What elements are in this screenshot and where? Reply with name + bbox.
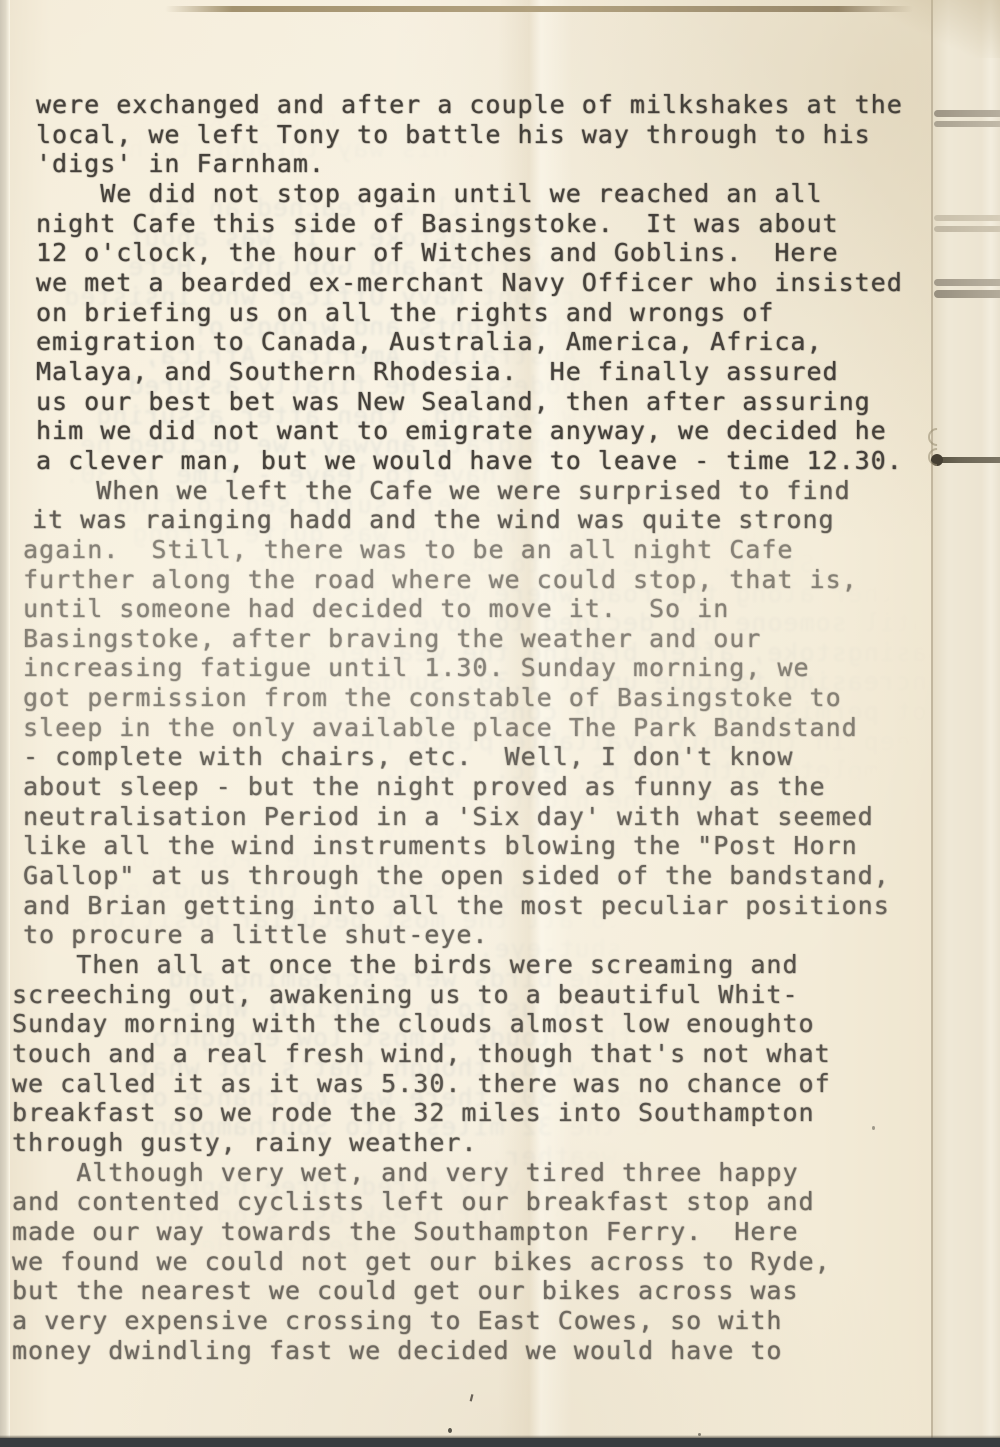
text-line-17: further along the road where we could st… [23,565,966,595]
text-line-2: local, we left Tony to battle his way th… [36,120,966,150]
text-line-24: about sleep - but the night proved as fu… [23,772,966,802]
text-line-33: touch and a real fresh wind, though that… [12,1039,966,1069]
text-line-37: Although very wet, and very tired three … [12,1158,966,1188]
text-line-39: made our way towards the Southampton Fer… [12,1217,966,1247]
text-line-41: but the nearest we could get our bikes a… [12,1276,966,1306]
text-line-29: to procure a little shut-eye. [23,920,966,950]
text-line-23: - complete with chairs, etc. Well, I don… [23,742,966,772]
text-line-38: and contented cyclists left our breakfas… [12,1187,966,1217]
text-line-40: we found we could not get our bikes acro… [12,1247,966,1277]
text-line-34: we called it as it was 5.30. there was n… [12,1069,966,1099]
text-line-36: through gusty, rainy weather. [12,1128,966,1158]
text-line-3: 'digs' in Farnham. [36,149,966,179]
text-line-31: screeching out, awakening us to a beauti… [12,980,966,1010]
text-line-25: neutralisation Period in a 'Six day' wit… [23,802,966,832]
scanned-page: were exchanged and after a couple of mil… [0,0,1000,1447]
page-stack-streak [934,215,1000,221]
text-line-15: it was rainging hadd and the wind was qu… [32,505,966,535]
text-line-30: Then all at once the birds were screamin… [12,950,966,980]
text-line-7: we met a bearded ex-merchant Navy Office… [36,268,966,298]
text-line-43: money dwindling fast we decided we would… [12,1336,966,1366]
scan-left-edge [0,0,10,1447]
text-line-16: again. Still, there was to be an all nig… [23,535,966,565]
text-line-6: 12 o'clock, the hour of Witches and Gobl… [36,238,966,268]
text-line-20: increasing fatigue until 1.30. Sunday mo… [23,653,966,683]
text-line-21: got permission from the constable of Bas… [23,683,966,713]
text-line-26: like all the wind instruments blowing th… [23,831,966,861]
text-line-5: night Cafe this side of Basingstoke. It … [36,209,966,239]
text-line-8: on briefing us on all the rights and wro… [36,298,966,328]
text-line-11: us our best bet was New Sealand, then af… [36,387,966,417]
scanner-bottom-strip [0,1438,1000,1447]
page-stack-streak [934,279,1000,286]
text-line-10: Malaya, and Southern Rhodesia. He finall… [36,357,966,387]
page-stack-streak [934,121,1000,127]
text-line-18: until someone had decided to move it. So… [23,594,966,624]
text-line-19: Basingstoke, after braving the weather a… [23,624,966,654]
text-line-14: When we left the Cafe we were surprised … [32,476,966,506]
text-line-22: sleep in the only available place The Pa… [23,713,966,743]
page-top-edge [165,6,913,12]
text-line-27: Gallop" at us through the open sided of … [23,861,966,891]
text-line-28: and Brian getting into all the most pecu… [23,891,966,921]
page-stack-streak [934,110,1000,117]
stray-ink-mark: ' [459,1389,481,1422]
text-line-13: a clever man, but we would have to leave… [36,446,966,476]
text-line-9: emigration to Canada, Australia, America… [36,327,966,357]
page-stack-streak [934,226,1000,232]
text-line-32: Sunday morning with the clouds almost lo… [12,1009,966,1039]
text-line-1: were exchanged and after a couple of mil… [36,90,966,120]
ink-speck [448,1428,452,1433]
text-line-35: breakfast so we rode the 32 miles into S… [12,1098,966,1128]
text-line-12: him we did not want to emigrate anyway, … [36,416,966,446]
text-line-4: We did not stop again until we reached a… [36,179,966,209]
typewritten-text: were exchanged and after a couple of mil… [36,90,966,1365]
text-line-42: a very expensive crossing to East Cowes,… [12,1306,966,1336]
page-stack-streak [934,290,1000,298]
ink-speck [872,1126,875,1130]
